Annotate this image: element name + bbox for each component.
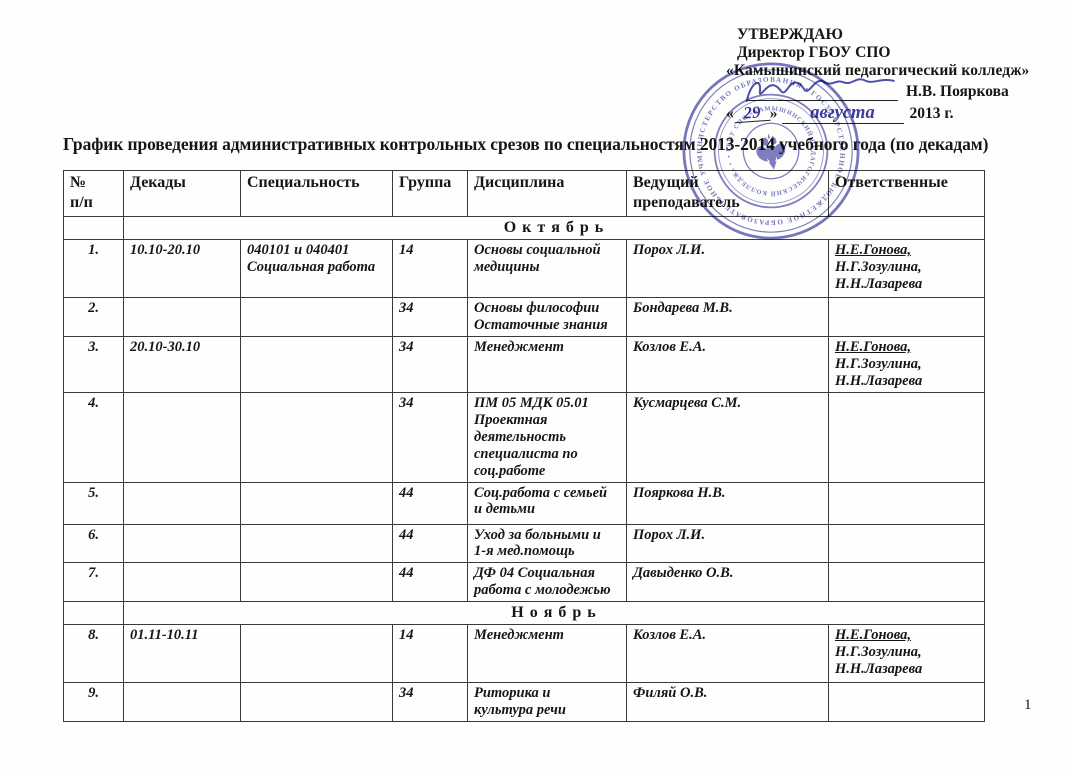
table-row: 1. 10.10-20.10 040101 и 040401 Социальна… — [64, 240, 985, 298]
row-num: 3. — [70, 339, 117, 356]
table-row: 4. 34 ПМ 05 МДК 05.01 Проектная деятельн… — [64, 392, 985, 482]
month-row-empty-cell — [64, 217, 124, 240]
signature-row: Н.В. Пояркова — [726, 83, 1062, 101]
row-decades: 10.10-20.10 — [130, 242, 234, 259]
table-row: 2. 34 Основы философии Остаточные знания… — [64, 298, 985, 337]
responsible-name: Н.Г.Зозулина, — [835, 356, 922, 372]
handwritten-day: 29 — [733, 104, 770, 123]
handwritten-month: августа — [782, 106, 904, 124]
responsible-name: Н.Е.Гонова, — [835, 339, 911, 355]
signatory-name: Н.В. Пояркова — [906, 83, 1009, 100]
month-row-empty-cell — [64, 602, 124, 625]
month-section-row: О к т я б р ь — [64, 217, 985, 240]
approval-heading: УТВЕРЖДАЮ — [726, 26, 1062, 44]
row-group: 34 — [399, 685, 461, 702]
responsible-name: Н.Г.Зозулина, — [835, 644, 922, 660]
col-header-responsible: Ответственные — [829, 171, 985, 217]
approval-year: 2013 г. — [910, 105, 954, 122]
table-row: 3. 20.10-30.10 34 Менеджмент Козлов Е.А.… — [64, 336, 985, 392]
table-row: 8. 01.11-10.11 14 Менеджмент Козлов Е.А.… — [64, 625, 985, 683]
row-num: 9. — [70, 685, 117, 702]
row-teacher: Пояркова Н.В. — [633, 485, 822, 502]
row-group: 34 — [399, 395, 461, 412]
month-label-october: О к т я б р ь — [124, 217, 985, 240]
month-section-row: Н о я б р ь — [64, 602, 985, 625]
row-specialty: 040101 и 040401 Социальная работа — [247, 242, 386, 276]
approval-director-line: Директор ГБОУ СПО — [726, 44, 1062, 62]
row-num: 7. — [70, 565, 117, 582]
row-teacher: Кусмарцева С.М. — [633, 395, 822, 412]
row-group: 44 — [399, 527, 461, 544]
responsible-name: Н.Н.Лазарева — [835, 276, 922, 292]
table-row: 7. 44 ДФ 04 Социальная работа с молодежь… — [64, 563, 985, 602]
row-decades: 01.11-10.11 — [130, 627, 234, 644]
row-discipline: ПМ 05 МДК 05.01 Проектная деятельность с… — [474, 395, 620, 480]
responsible-name: Н.Е.Гонова, — [835, 242, 911, 258]
row-teacher: Бондарева М.В. — [633, 300, 822, 317]
row-teacher: Давыденко О.В. — [633, 565, 822, 582]
row-discipline: Соц.работа с семьей и детьми — [474, 485, 620, 519]
row-num: 4. — [70, 395, 117, 412]
row-decades: 20.10-30.10 — [130, 339, 234, 356]
row-group: 44 — [399, 485, 461, 502]
row-group: 44 — [399, 565, 461, 582]
responsible-name: Н.Г.Зозулина, — [835, 259, 922, 275]
row-discipline: Менеджмент — [474, 627, 620, 644]
col-header-specialty: Специальность — [241, 171, 393, 217]
row-num: 6. — [70, 527, 117, 544]
table-row: 5. 44 Соц.работа с семьей и детьми Поярк… — [64, 482, 985, 524]
col-header-group: Группа — [393, 171, 468, 217]
row-discipline: ДФ 04 Социальная работа с молодежью — [474, 565, 620, 599]
table-row: 9. 34 Риторика и культура речи Филяй О.В… — [64, 683, 985, 722]
row-discipline: Основы философии Остаточные знания — [474, 300, 620, 334]
month-label-november: Н о я б р ь — [124, 602, 985, 625]
document-title: График проведения административных контр… — [63, 134, 1038, 155]
row-teacher: Филяй О.В. — [633, 685, 822, 702]
row-group: 34 — [399, 300, 461, 317]
col-header-teacher: Ведущий преподаватель — [627, 171, 829, 217]
col-header-decades: Декады — [124, 171, 241, 217]
row-num: 8. — [70, 627, 117, 644]
responsible-name: Н.Н.Лазарева — [835, 661, 922, 677]
page-number: 1 — [1024, 697, 1032, 714]
row-teacher: Порох Л.И. — [633, 242, 822, 259]
schedule-table: № п/п Декады Специальность Группа Дисцип… — [63, 170, 985, 722]
row-num: 1. — [70, 242, 117, 259]
scanned-document-page: УТВЕРЖДАЮ Директор ГБОУ СПО «Камышинский… — [0, 0, 1068, 771]
row-teacher: Порох Л.И. — [633, 527, 822, 544]
row-num: 2. — [70, 300, 117, 317]
approval-block: УТВЕРЖДАЮ Директор ГБОУ СПО «Камышинский… — [726, 26, 1062, 124]
row-group: 14 — [399, 627, 461, 644]
row-discipline: Менеджмент — [474, 339, 620, 356]
row-group: 14 — [399, 242, 461, 259]
row-num: 5. — [70, 485, 117, 502]
row-teacher: Козлов Е.А. — [633, 339, 822, 356]
col-header-num: № п/п — [64, 171, 124, 217]
row-discipline: Основы социальной медицины — [474, 242, 620, 276]
signature-line — [748, 84, 898, 101]
responsible-name: Н.Н.Лазарева — [835, 373, 922, 389]
col-header-discipline: Дисциплина — [468, 171, 627, 217]
table-row: 6. 44 Уход за больными и 1-я мед.помощь … — [64, 524, 985, 563]
row-teacher: Козлов Е.А. — [633, 627, 822, 644]
responsible-name: Н.Е.Гонова, — [835, 627, 911, 643]
row-discipline: Риторика и культура речи — [474, 685, 620, 719]
row-group: 34 — [399, 339, 461, 356]
row-discipline: Уход за больными и 1-я мед.помощь — [474, 527, 620, 561]
table-header-row: № п/п Декады Специальность Группа Дисцип… — [64, 171, 985, 217]
